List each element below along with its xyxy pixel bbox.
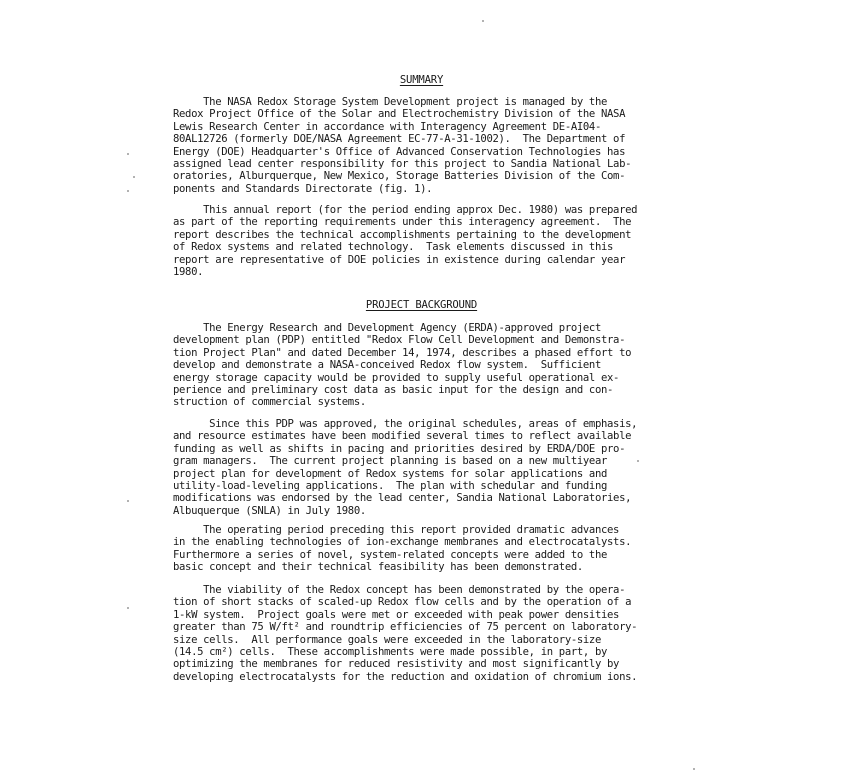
text-line: develop and demonstrate a NASA-conceived… [173,359,643,371]
scan-speck [127,500,129,502]
text-line: struction of commercial systems. [173,396,643,408]
text-line: Redox Project Office of the Solar and El… [173,108,643,120]
text-line: Energy (DOE) Headquarter's Office of Adv… [173,146,643,158]
scan-speck [133,176,135,178]
text-line: The viability of the Redox concept has b… [173,584,643,596]
text-line: Since this PDP was approved, the origina… [173,418,643,430]
background-paragraph-2: Since this PDP was approved, the origina… [173,418,643,517]
background-paragraph-4: The viability of the Redox concept has b… [173,584,643,683]
text-line: tion Project Plan" and dated December 14… [173,347,643,359]
text-line: gram managers. The current project plann… [173,455,643,467]
text-line: in the enabling technologies of ion-exch… [173,536,643,548]
scan-speck [637,460,639,462]
text-line: Lewis Research Center in accordance with… [173,121,643,133]
scan-speck [693,768,695,770]
scan-speck [551,259,553,261]
text-line: 1-kW system. Project goals were met or e… [173,609,643,621]
text-line: project plan for development of Redox sy… [173,468,643,480]
text-line: funding as well as shifts in pacing and … [173,443,643,455]
text-line: as part of the reporting requirements un… [173,216,643,228]
text-line: optimizing the membranes for reduced res… [173,658,643,670]
background-paragraph-3: The operating period preceding this repo… [173,524,643,574]
text-line: report describes the technical accomplis… [173,229,643,241]
text-line: utility-load-leveling applications. The … [173,480,643,492]
text-line: perience and preliminary cost data as ba… [173,384,643,396]
text-line: modifications was endorsed by the lead c… [173,492,643,504]
text-line: The Energy Research and Development Agen… [173,322,643,334]
text-line: and resource estimates have been modifie… [173,430,643,442]
text-line: energy storage capacity would be provide… [173,372,643,384]
text-line: developing electrocatalysts for the redu… [173,671,643,683]
scan-speck [127,190,129,192]
text-line: development plan (PDP) entitled "Redox F… [173,334,643,346]
text-line: assigned lead center responsibility for … [173,158,643,170]
document-page: SUMMARY The NASA Redox Storage System De… [0,0,843,780]
text-line: basic concept and their technical feasib… [173,561,643,573]
text-line: tion of short stacks of scaled-up Redox … [173,596,643,608]
summary-paragraph-1: The NASA Redox Storage System Developmen… [173,96,643,195]
text-line: The NASA Redox Storage System Developmen… [173,96,643,108]
text-line: greater than 75 W/ft² and roundtrip effi… [173,621,643,633]
text-line: of Redox systems and related technology.… [173,241,643,253]
background-paragraph-1: The Energy Research and Development Agen… [173,322,643,409]
text-line: 1980. [173,266,643,278]
text-line: Furthermore a series of novel, system-re… [173,549,643,561]
text-line: The operating period preceding this repo… [173,524,643,536]
summary-heading: SUMMARY [0,74,843,86]
text-line: 80AL12726 (formerly DOE/NASA Agreement E… [173,133,643,145]
text-line: ponents and Standards Directorate (fig. … [173,183,643,195]
summary-paragraph-2: This annual report (for the period endin… [173,204,643,278]
text-line: size cells. All performance goals were e… [173,634,643,646]
scan-speck [127,607,129,609]
text-line: report are representative of DOE policie… [173,254,643,266]
scan-speck [482,20,484,22]
text-line: oratories, Alburquerque, New Mexico, Sto… [173,170,643,182]
project-background-heading: PROJECT BACKGROUND [0,299,843,311]
text-line: This annual report (for the period endin… [173,204,643,216]
scan-speck [127,153,129,155]
text-line: (14.5 cm²) cells. These accomplishments … [173,646,643,658]
text-line: Albuquerque (SNLA) in July 1980. [173,505,643,517]
